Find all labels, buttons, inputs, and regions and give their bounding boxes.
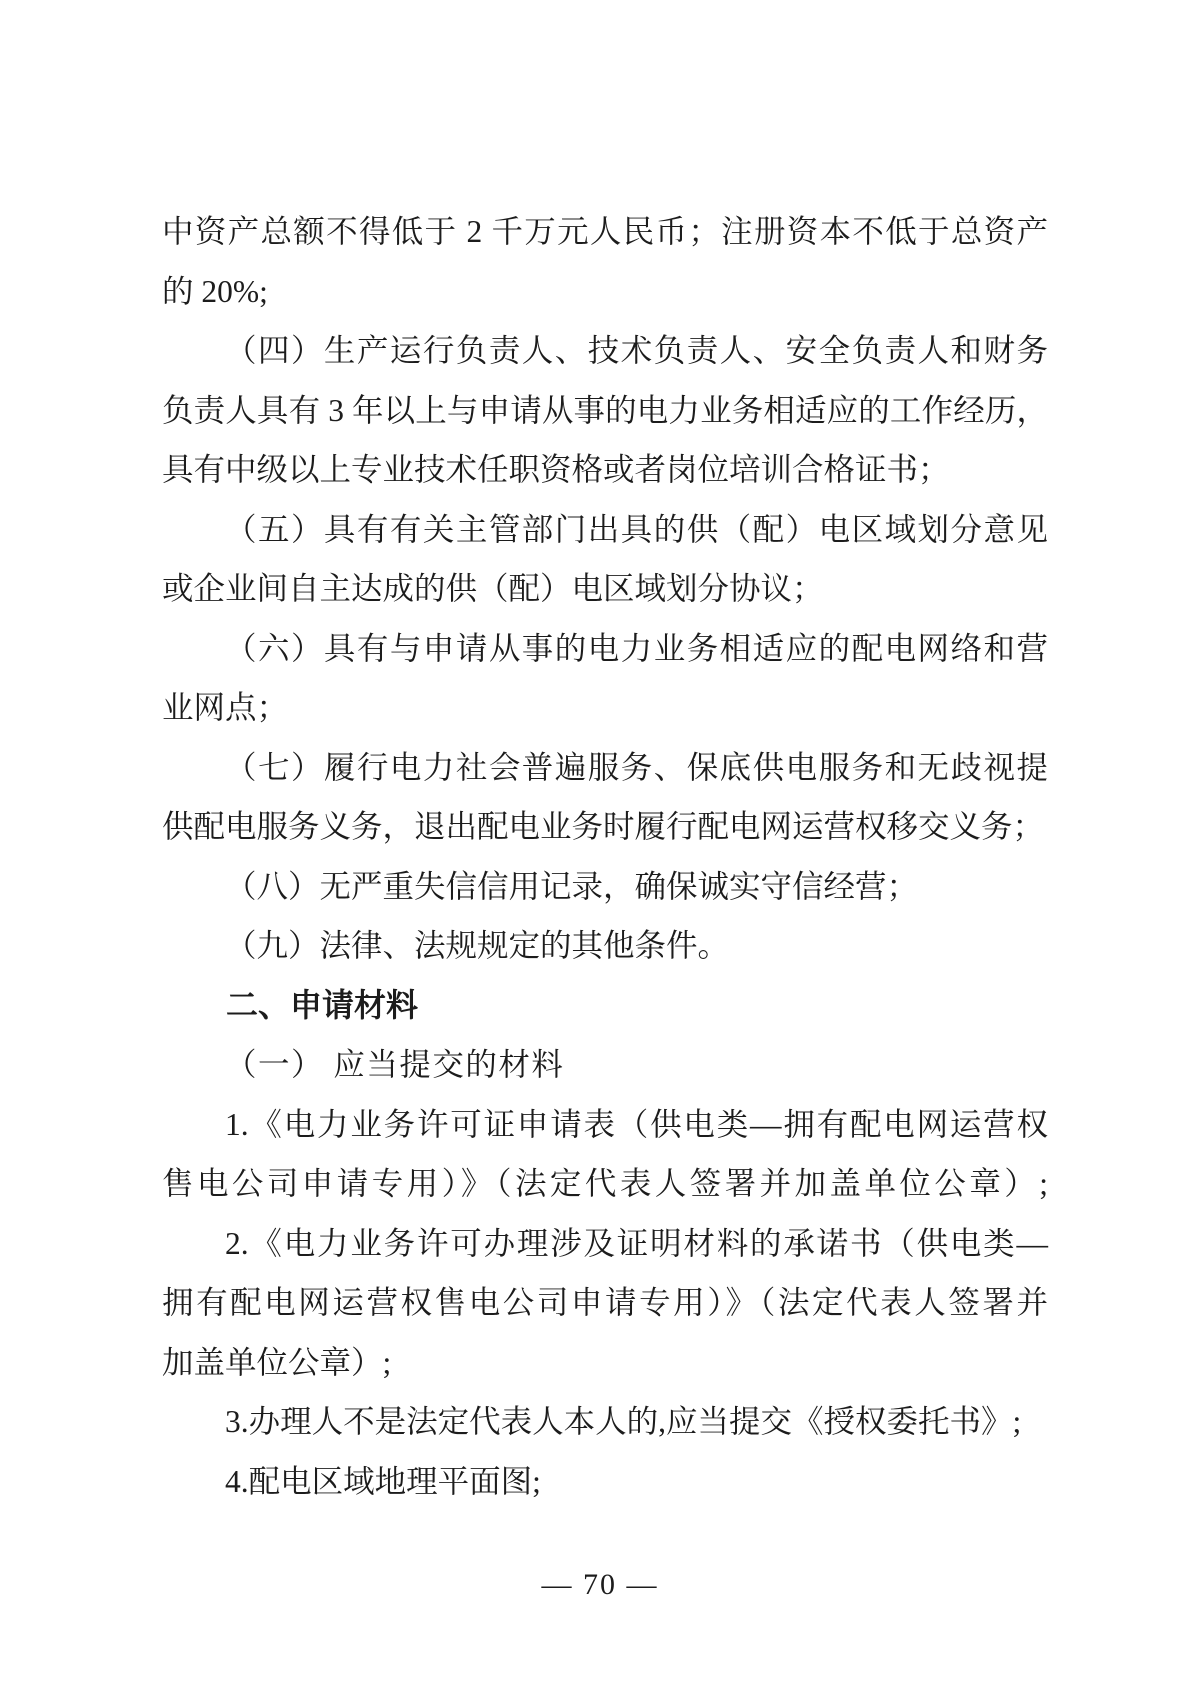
text-line: 2.《电力业务许可办理涉及证明材料的承诺书（供电类— bbox=[162, 1214, 1048, 1274]
text-line: 拥有配电网运营权售电公司申请专用）》（法定代表人签署并 bbox=[162, 1273, 1048, 1333]
text-line: 具有中级以上专业技术任职资格或者岗位培训合格证书； bbox=[162, 440, 1048, 500]
text-line: 加盖单位公章）; bbox=[162, 1333, 1048, 1393]
text-line: （四）生产运行负责人、技术负责人、安全负责人和财务 bbox=[162, 321, 1048, 381]
text-line: 中资产总额不得低于 2 千万元人民币；注册资本不低于总资产 bbox=[162, 202, 1048, 262]
document-body: 中资产总额不得低于 2 千万元人民币；注册资本不低于总资产 的 20%; （四）… bbox=[162, 202, 1048, 1511]
page-number: — 70 — bbox=[542, 1568, 659, 1601]
text-line: 3.办理人不是法定代表人本人的,应当提交《授权委托书》; bbox=[162, 1392, 1048, 1452]
text-line: （六）具有与申请从事的电力业务相适应的配电网络和营 bbox=[162, 619, 1048, 679]
section-heading-application-materials: 二、申请材料 bbox=[162, 976, 1048, 1036]
text-line: 业网点； bbox=[162, 678, 1048, 738]
text-line: （八）无严重失信信用记录，确保诚实守信经营； bbox=[162, 857, 1048, 917]
page-footer: — 70 — bbox=[0, 1562, 1200, 1608]
text-line: （九）法律、法规规定的其他条件。 bbox=[162, 916, 1048, 976]
text-line: （五）具有有关主管部门出具的供（配）电区域划分意见 bbox=[162, 500, 1048, 560]
text-line: 负责人具有 3 年以上与申请从事的电力业务相适应的工作经历， bbox=[162, 381, 1048, 441]
text-line: （七）履行电力社会普遍服务、保底供电服务和无歧视提 bbox=[162, 738, 1048, 798]
text-line: 1.《电力业务许可证申请表（供电类—拥有配电网运营权 bbox=[162, 1095, 1048, 1155]
subsection-heading-required-materials: （一） 应当提交的材料 bbox=[162, 1035, 1048, 1095]
document-page: 中资产总额不得低于 2 千万元人民币；注册资本不低于总资产 的 20%; （四）… bbox=[0, 0, 1200, 1696]
text-line: 的 20%; bbox=[162, 262, 1048, 322]
text-line: 或企业间自主达成的供（配）电区域划分协议； bbox=[162, 559, 1048, 619]
text-line: 供配电服务义务，退出配电业务时履行配电网运营权移交义务； bbox=[162, 797, 1048, 857]
text-line: 4.配电区域地理平面图; bbox=[162, 1452, 1048, 1512]
text-line: 售电公司申请专用）》（法定代表人签署并加盖单位公章）; bbox=[162, 1154, 1048, 1214]
